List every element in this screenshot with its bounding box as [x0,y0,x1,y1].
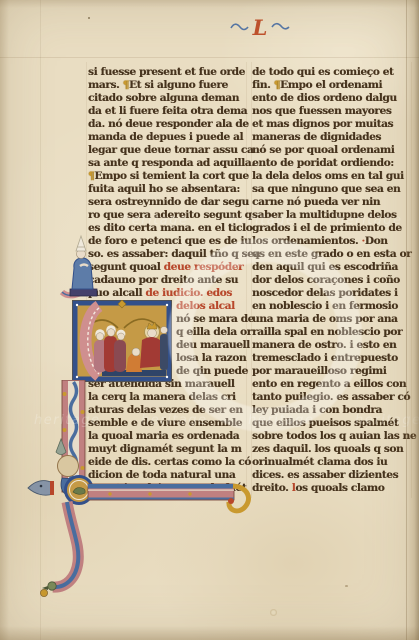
text-segment-ink: den aquil qui es escodriña [252,261,398,273]
text-segment-ink: noscedor delas poridates i [252,287,398,299]
kneeling-head [132,348,140,356]
text-segment-ink: los ordenamientos. [252,235,361,247]
text-line: et mas dignos por muitas [252,118,412,131]
text-line: dices. es assaber dizientes [252,469,412,482]
text-segment-ink: q eilla dela or [176,326,252,338]
knob-ball [58,456,79,477]
text-segment-ink: manda de depues i puede al [88,131,243,143]
mitred-figure-icon [58,234,106,300]
folio-letter: L [252,15,268,40]
text-segment-ink: carne nó pueda ver nin [252,196,380,208]
tail-gold-ball [40,589,47,596]
text-segment-ink: Empo si temient la cort que [94,170,248,182]
text-line: manera de ostro. i esto en [252,339,412,352]
figure-head [107,329,115,337]
text-segment-ink: manera de ostro. i esto en [252,339,396,351]
text-line: dor delos coraçones i coño [252,274,412,287]
text-segment-ink: mars. [88,79,123,91]
text-line: una maria de oms por ana [252,313,412,326]
text-segment-ink: zes daquil. los quoals q son [252,443,403,455]
text-segment-ink: sa ante q responda ad aquilla. [88,157,254,169]
gold-bead [188,492,191,495]
page-edge-shade-left [0,0,9,640]
text-segment-ink: que eillos pueisos spalmét [252,417,398,429]
text-line: cadauno por dreito ante su [88,274,248,287]
text-segment-ink: nó se mara de [176,313,254,325]
text-line: sa ante q responda ad aquilla. [88,157,248,170]
gold-bead [63,428,67,432]
text-line: railla spal en noblescio por [252,326,412,339]
parchment-speck [345,585,348,587]
gold-bead [63,392,67,396]
text-segment-ink: os quoals clamo [295,482,384,494]
parchment-stain [270,609,277,616]
bird-head-icon [28,481,53,496]
text-segment-ink: nó se por quoal ordenami [252,144,394,156]
parchment-speck [88,17,90,19]
text-segment-ink: ento en regento a eillos con [252,378,406,390]
page-edge-shade-bottom [0,626,419,640]
horizontal-crease [0,57,419,58]
figure-hands [80,265,88,267]
text-segment-ink: si fuesse present et fue orde [88,66,245,78]
gold-bead [108,492,111,495]
text-segment-ink: et mas dignos por muitas [252,118,393,130]
text-line: la dela delos oms en tal gui [252,170,412,183]
figure-head [118,333,125,340]
text-segment-ink: da. nó deue responder ala de [88,118,249,130]
page-edge-shade-top [0,0,419,8]
frame-dot [166,304,168,306]
frame-dot [76,376,78,378]
text-line: citado sobre alguna deman [88,92,248,105]
text-line: nó se por quoal ordenami [252,144,412,157]
text-segment-ink: fuita aquil ho se absentara: [88,183,240,195]
text-line: nó se mara de [176,313,248,326]
text-line: fin. ¶Empo el ordenami [252,79,412,92]
text-segment-ink: legar que deue tornar assu ca [88,144,253,156]
text-line: grados i el de primiento de [252,222,412,235]
historiated-initial [72,300,172,382]
text-segment-ink: ley puiada i con bondra [252,404,382,416]
text-segment-ink: da et li fuere feita otra dema [88,105,247,117]
text-line: es dito certa mana. en el ticlo [88,222,248,235]
drollery-figure [58,234,106,300]
folio-ornament: L [228,14,292,42]
text-line: fuita aquil ho se absentara: [88,183,248,196]
text-segment-ink: qs en este grado o en esta or [252,248,411,260]
text-line: sa que ninguno que sea en [252,183,412,196]
text-segment-ink: fin. [252,79,274,91]
text-segment-ink: sa que ninguno que sea en [252,183,400,195]
text-segment-ink: ro que sera adereito segunt q [88,209,252,221]
text-line: carne nó pueda ver nin [252,196,412,209]
text-segment-ink: por maraueilloso regimi [252,365,386,377]
figure-robe [72,258,93,289]
text-segment-ink: dices. es assaber dizientes [252,469,398,481]
text-line: ley puiada i con bondra [252,404,412,417]
gold-bead [81,410,85,414]
figure-seat [70,289,97,296]
text-line: tanto puilegio. es assaber có [252,391,412,404]
text-line: qs en este grado o en esta or [252,248,412,261]
text-segment-ink: sera ostreynnido de dar segu [88,196,249,208]
text-line: por maraueilloso regimi [252,365,412,378]
text-segment-ink: en noblescio i en fermosio [252,300,398,312]
text-segment-ink: es dito certa mana. en el ticlo [88,222,252,234]
text-line: puo alcall de iudicio. edos [88,287,248,300]
text-segment-ink: sobre todos los q auian las ne [252,430,416,442]
folio-ornament-graphic: L [228,14,292,42]
text-line: orinualmét clama dos iu [252,456,412,469]
tail-head-icon [48,582,56,590]
text-line: los ordenamientos. ·Don [252,235,412,248]
text-line: segunt quoal deue respóder [88,261,248,274]
text-segment-ink: Empo el ordenami [280,79,382,91]
text-line: q eilla dela or [176,326,248,339]
figure-head [96,333,104,341]
pen-flourish-left [231,24,248,29]
text-line: da et li fuere feita otra dema [88,105,248,118]
text-segment-ink: tanto puilegio. es assaber có [252,391,410,403]
text-segment-rubric: de iudicio. edos [145,287,232,299]
text-line: tremesclado i entrepuesto [252,352,412,365]
border-decoration [15,380,260,615]
text-line: losa la razon [176,352,248,365]
text-line: delos alcal [176,300,248,313]
text-line: sera ostreynnido de dar segu [88,196,248,209]
bird-eye [40,485,43,488]
gold-bead [148,492,151,495]
curl-tip [228,498,234,504]
text-segment-ink: la dela delos oms en tal gui [252,170,404,182]
text-line: legar que deue tornar assu ca [88,144,248,157]
text-line: den aquil qui es escodriña [252,261,412,274]
king-head [148,329,157,338]
text-line: de foro e petenci que es de iu [88,235,248,248]
text-column-right: de todo qui es comieço etfin. ¶Empo el o… [252,66,412,495]
text-segment-ink: so. es assaber: daquil tño q sea [88,248,260,260]
text-segment-ink: dor delos coraçones i coño [252,274,400,286]
text-segment-ink: railla spal en noblescio por [252,326,402,338]
bar-stripe-white [88,490,234,491]
frame-dot [76,304,78,306]
text-line: dreito. los quoals clamo [252,482,412,495]
text-line: ro que sera adereito segunt q [88,209,248,222]
text-segment-ink: de todo qui es comieço et [252,66,394,78]
text-segment-ink: de qin puede [176,365,248,377]
text-line: zes daquil. los quoals q son [252,443,412,456]
figure-mitre [76,236,86,251]
text-line: ¶Empo si temient la cort que [88,170,248,183]
text-segment-ink: ento de dios ordeno dalgu [252,92,397,104]
text-line: sobre todos los q auian las ne [252,430,412,443]
text-segment-ink: una maria de oms por ana [252,313,398,325]
historiated-initial-graphic [72,300,172,382]
pen-flourish-right [272,24,289,29]
text-line: que eillos pueisos spalmét [252,417,412,430]
text-line: noscedor delas poridates i [252,287,412,300]
attendant-body [160,334,168,370]
bar-stripe-bottom [88,498,234,500]
text-segment-ink: maneras de dignidades [252,131,381,143]
text-segment-rubric: deue respóder [164,261,244,273]
text-line: ento en regento a eillos con [252,378,412,391]
text-line: da. nó deue responder ala de [88,118,248,131]
text-line: mars. ¶Et si alguno fuere [88,79,248,92]
text-line: ento de poridat ordiendo: [252,157,412,170]
text-segment-ink: nos que fuessen mayores [252,105,391,117]
text-segment-ink: Et si alguno fuere [129,79,228,91]
text-line: si fuesse present et fue orde [88,66,248,79]
text-line: de qin puede [176,365,248,378]
bar-stripe-top [88,484,234,489]
text-segment-ink: losa la razon [176,352,246,364]
border-graphic [15,380,260,615]
gold-bead [81,466,85,470]
attendant-head [161,327,168,334]
manuscript-page: L si fuesse present et fue ordemars. ¶Et… [0,0,419,640]
text-line: de todo qui es comieço et [252,66,412,79]
text-segment-ink: cadauno por dreito ante su [88,274,238,286]
text-line: en noblescio i en fermosio [252,300,412,313]
text-segment-ink: deu marauell [176,339,250,351]
text-segment-ink: Don [365,235,388,247]
text-segment-ink: grados i el de primiento de [252,222,402,234]
text-segment-ink: ento de poridat ordiendo: [252,157,394,169]
text-segment-ink: de foro e petenci que es de iu [88,235,251,247]
text-segment-rubric: delos alcal [176,300,235,312]
text-line: nos que fuessen mayores [252,105,412,118]
bird-collar [50,481,54,495]
text-segment-ink: tremesclado i entrepuesto [252,352,398,364]
text-segment-ink: saber la multidupne delos [252,209,397,221]
text-line: deu marauell [176,339,248,352]
text-line: saber la multidupne delos [252,209,412,222]
text-line: manda de depues i puede al [88,131,248,144]
text-line: maneras de dignidades [252,131,412,144]
text-segment-ink: orinualmét clama dos iu [252,456,387,468]
text-line: ento de dios ordeno dalgu [252,92,412,105]
frame-dot [166,376,168,378]
figure-body [114,340,126,372]
text-segment-ink: citado sobre alguna deman [88,92,239,104]
text-line: so. es assaber: daquil tño q sea [88,248,248,261]
